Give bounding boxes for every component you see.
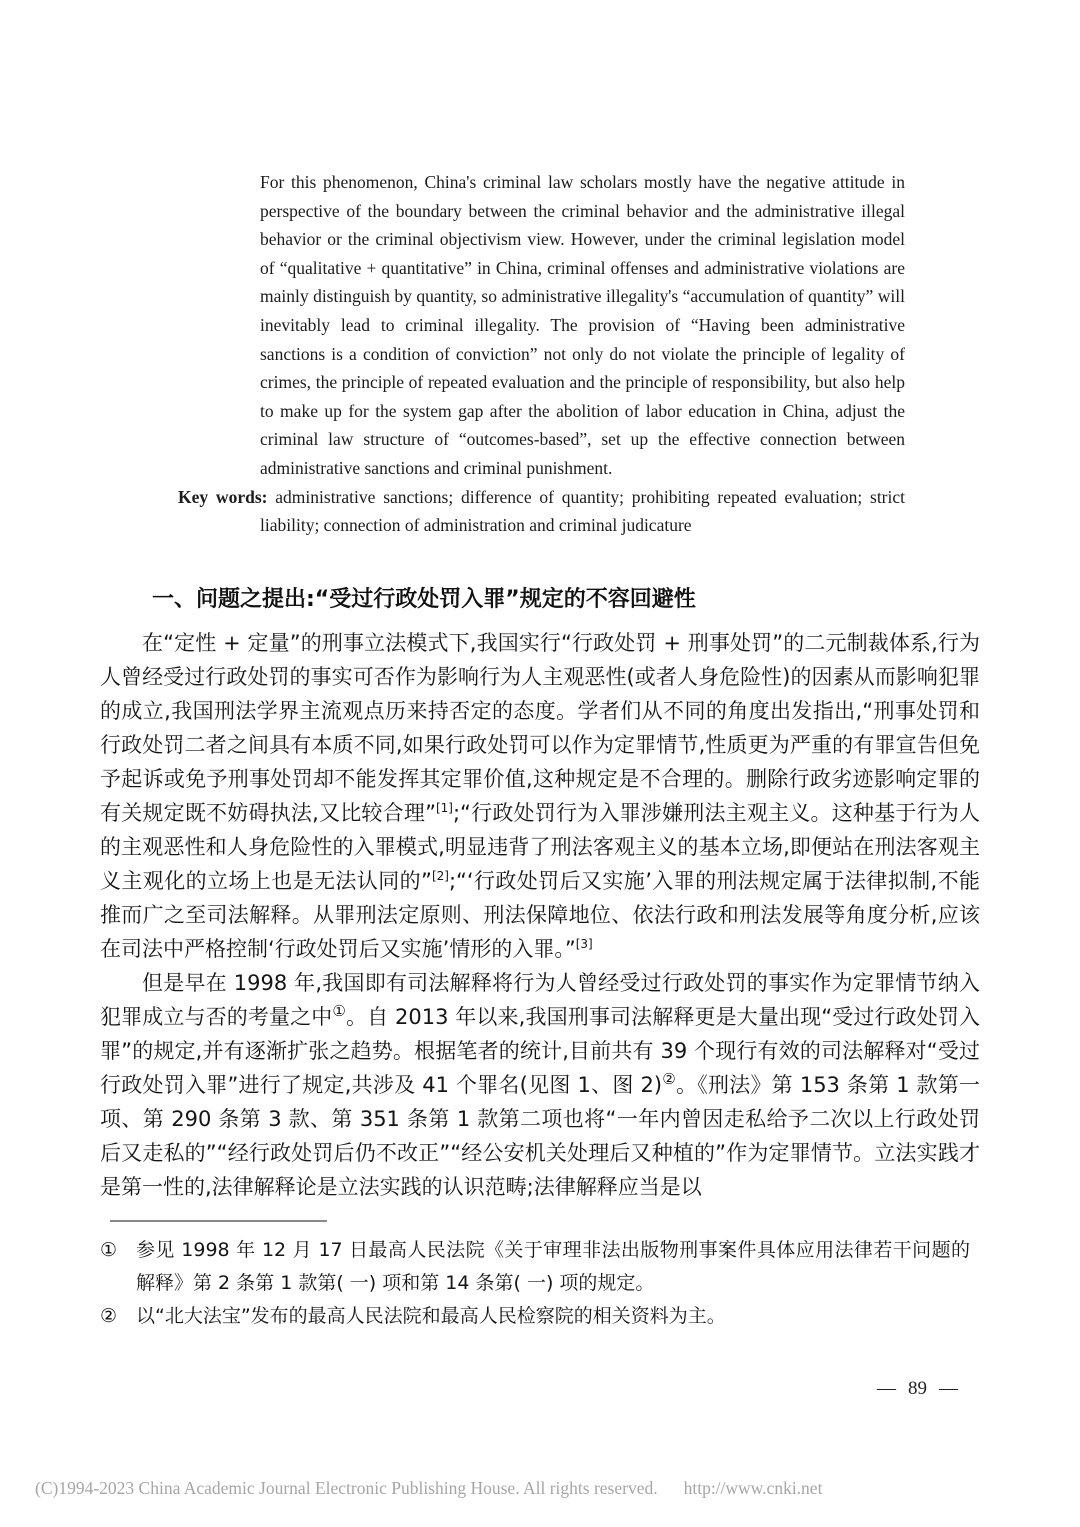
footnote-ref-2: ②: [662, 1070, 676, 1088]
para1-text-1: 在“定性 + 定量”的刑事立法模式下,我国实行“行政处罚 + 刑事处罚”的二元制…: [100, 631, 980, 825]
citation-ref-2: [2]: [432, 869, 449, 883]
citation-ref-3: [3]: [576, 937, 593, 951]
footnote-2: ② 以“北大法宝”发布的最高人民法院和最高人民检察院的相关资料为主。: [100, 1300, 970, 1333]
page-number-dash-right: —: [939, 1378, 958, 1400]
footnote-1-text: 参见 1998 年 12 月 17 日最高人民法院《关于审理非法出版物刑事案件具…: [136, 1234, 970, 1300]
footnote-2-text: 以“北大法宝”发布的最高人民法院和最高人民检察院的相关资料为主。: [136, 1300, 970, 1333]
keywords-line: Key words: administrative sanctions; dif…: [178, 483, 905, 540]
copyright-text: (C)1994-2023 China Academic Journal Elec…: [35, 1478, 658, 1498]
page-number-value: 89: [908, 1378, 927, 1400]
footnote-divider: [110, 1220, 327, 1222]
keywords-label: Key words:: [178, 487, 267, 507]
page-number: —89—: [877, 1378, 958, 1400]
footnote-2-marker: ②: [100, 1300, 136, 1333]
section-heading: 一、问题之提出:“受过行政处罚入罪”规定的不容回避性: [100, 584, 980, 616]
cnki-url: http://www.cnki.net: [684, 1478, 823, 1498]
copyright-footer: (C)1994-2023 China Academic Journal Elec…: [35, 1478, 1045, 1499]
footnotes-block: ① 参见 1998 年 12 月 17 日最高人民法院《关于审理非法出版物刑事案…: [100, 1234, 970, 1333]
paragraph-1: 在“定性 + 定量”的刑事立法模式下,我国实行“行政处罚 + 刑事处罚”的二元制…: [100, 626, 980, 966]
abstract-text: For this phenomenon, China's criminal la…: [0, 0, 1080, 483]
footnote-1: ① 参见 1998 年 12 月 17 日最高人民法院《关于审理非法出版物刑事案…: [100, 1234, 970, 1300]
citation-ref-1: [1]: [436, 801, 453, 815]
footnote-1-marker: ①: [100, 1234, 136, 1267]
paragraph-2: 但是早在 1998 年,我国即有司法解释将行为人曾经受过行政处罚的事实作为定罪情…: [100, 966, 980, 1204]
page-number-dash-left: —: [877, 1378, 896, 1400]
keywords-block: Key words: administrative sanctions; dif…: [0, 483, 1080, 540]
journal-page: For this phenomenon, China's criminal la…: [0, 0, 1080, 1527]
keywords-text: administrative sanctions; difference of …: [260, 487, 905, 536]
footnote-ref-1: ①: [332, 1002, 346, 1020]
